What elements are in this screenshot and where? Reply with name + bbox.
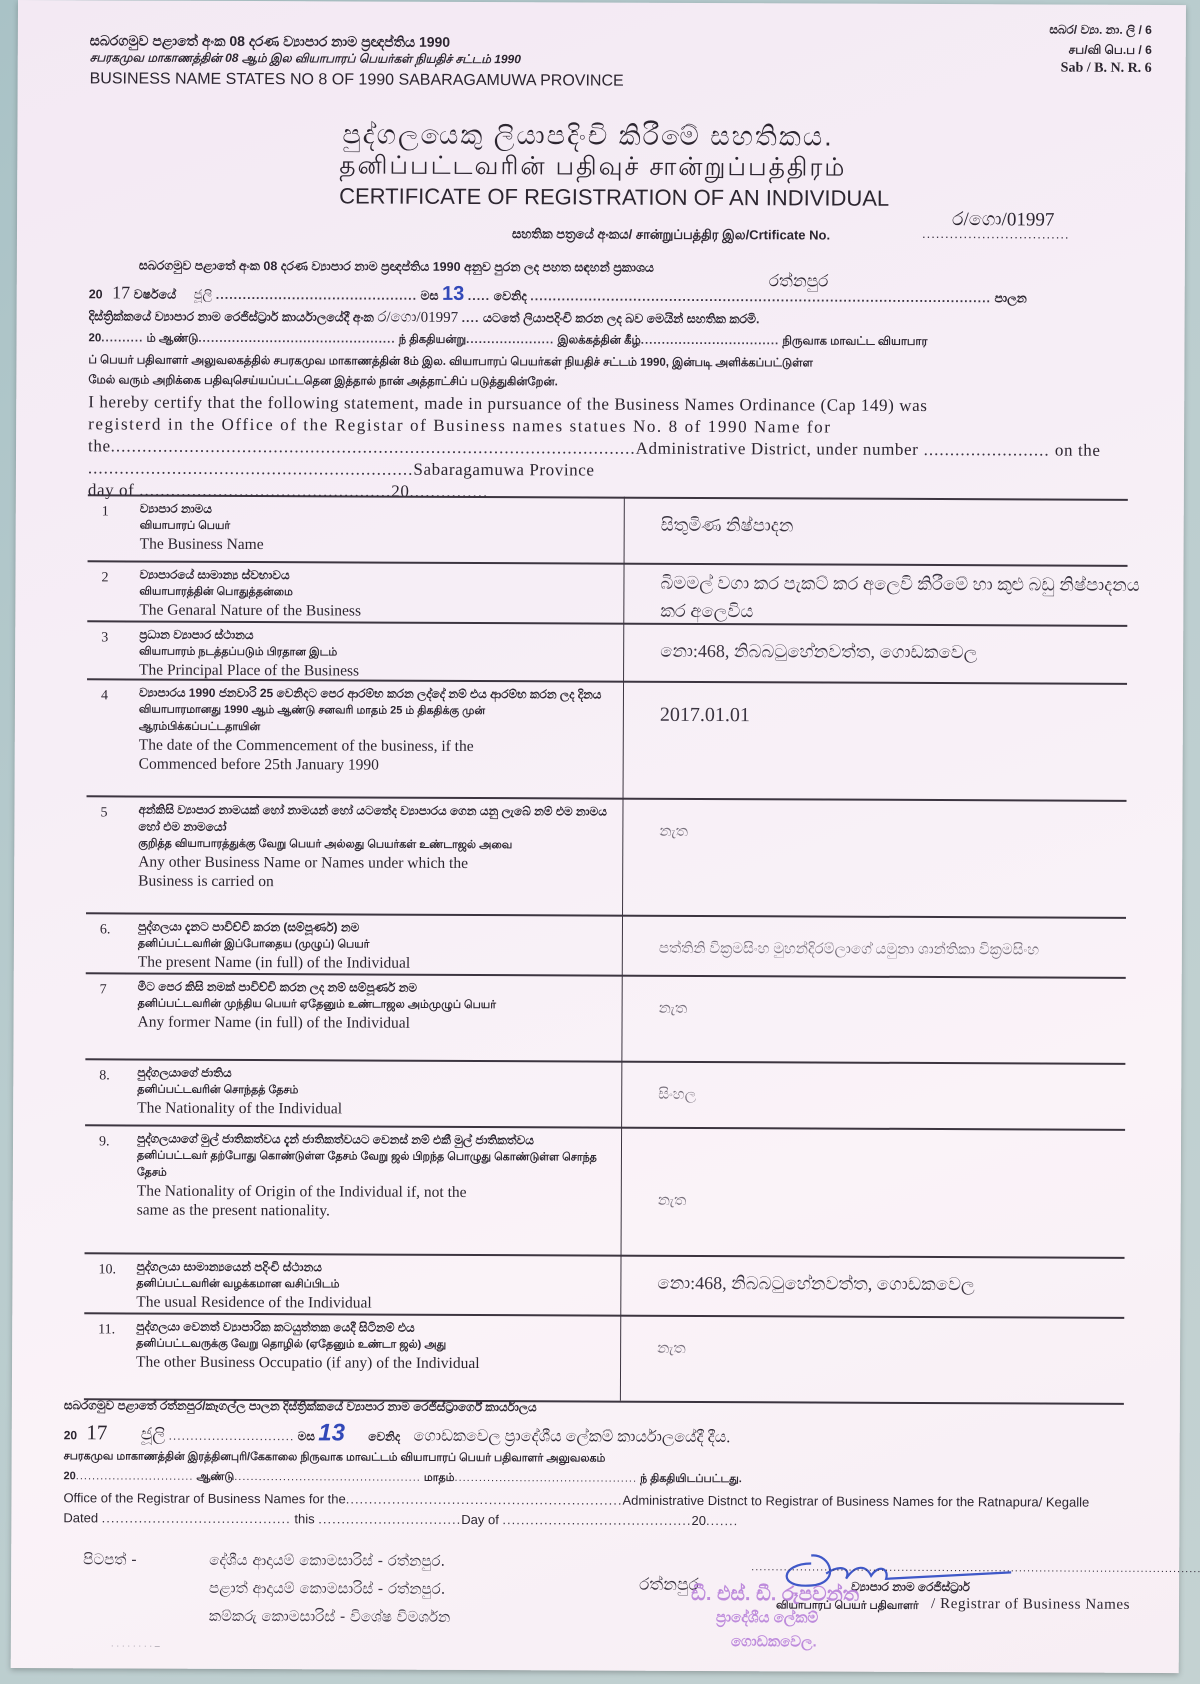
- row-value: නැත: [659, 818, 1139, 848]
- row-label-tamil: வியாபாரத்தின் பொதுத்தன்மை: [139, 584, 609, 603]
- intro-en-day-of: day of: [88, 480, 135, 499]
- intro-ta-line2: ப் பெயர் பதிவாளர் அலுவலகத்தில் சபரகமுவ ம…: [88, 354, 813, 371]
- footer-office-name: ගොඩකවෙල ප්‍රාදේශීය ලේකම් කාර්යාලයේදී දීය…: [413, 1428, 730, 1446]
- copies-item: පළාත් ආදායම් කොමසාරිස් - රත්නපුර.: [209, 1579, 445, 1598]
- intro-si-line1: සබරගමුව පළාතේ අංක 08 දරණ ව්‍යාපාර නාම ප්…: [139, 259, 654, 276]
- footer-year-prefix: 20: [64, 1428, 77, 1442]
- row-value: නො:468, නිබබටුහේනවත්ත, ගොඩකවෙල: [660, 637, 1140, 667]
- copies-label: පිටපත් -: [83, 1550, 137, 1568]
- row-value: නැත: [657, 1335, 1137, 1365]
- footer-dated-label: Dated: [63, 1510, 98, 1525]
- footer-en-district: Administrative Distnct to Registrar of B…: [622, 1493, 1089, 1510]
- row-label-english: The Nationality of the Individual: [137, 1099, 607, 1120]
- registrar-title-sinhala: ව්‍යාපාර නාම රෙජිස්ට්‍රාර්: [851, 1580, 970, 1596]
- row-label-english: The usual Residence of the Individual: [136, 1293, 606, 1314]
- row-label-sinhala: පුද්ගලයා දැනට පාවිච්චි කරන (සම්පූර්ණ) නම: [138, 919, 608, 938]
- row-label-english: The Nationality of Origin of the Individ…: [137, 1182, 607, 1203]
- footer-english-line: Office of the Registrar of Business Name…: [63, 1490, 1089, 1509]
- signature-line: ........................................…: [751, 1561, 1200, 1575]
- row-number: 4: [101, 688, 108, 704]
- intro-en-line2: registerd in the Office of the Registar …: [88, 414, 831, 437]
- row-number: 10.: [98, 1262, 116, 1278]
- row-label-sinhala: ප්‍රධාන ව්‍යාපාර ස්ථානය: [139, 627, 609, 646]
- row-label-sinhala: පුද්ගලයාගේ ජාතිය: [137, 1065, 607, 1084]
- reference-english: Sab / B. N. R. 6: [1061, 61, 1152, 77]
- intro-en-on-the: on the: [1055, 441, 1101, 460]
- row-label-english: same as the present nationality.: [137, 1201, 607, 1222]
- row-label-english: The other Business Occupatio (if any) of…: [136, 1353, 606, 1374]
- header-english: BUSINESS NAME STATES NO 8 OF 1990 SABARA…: [90, 70, 624, 90]
- row-label: අන්කිසි ව්‍යාපාර නාමයක් හෝ නාමයන් හෝ යටත…: [138, 802, 608, 893]
- row-label-tamil: வியாபாரம் நடத்தப்படும் பிரதான இடம்: [139, 644, 609, 663]
- intro-en-year: 20: [391, 482, 409, 501]
- row-label-tamil: தனிப்பட்டவரின் சொந்தத் தேசம்: [137, 1082, 607, 1101]
- footer-tamil-date-line: 20............................. ஆண்டு...…: [64, 1470, 742, 1487]
- row-number: 9.: [99, 1134, 110, 1150]
- footer-day: 13: [318, 1419, 345, 1446]
- day-suffix: වෙනිද: [494, 289, 527, 303]
- certificate-document: සබරගමුව පළාතේ අංක 08 දරණ ව්‍යාපාර නාම ප්…: [11, 0, 1186, 1673]
- footer-ta-dated: ந் திகதியிடப்பட்டது.: [640, 1473, 742, 1485]
- official-stamp-office: ගොඩකවෙල.: [731, 1633, 817, 1650]
- intro-ta-line1: 20.......... ம் ஆண்டு...................…: [88, 332, 927, 350]
- district-suffix: පාලන: [994, 291, 1026, 305]
- row-value: 2017.01.01: [660, 701, 1140, 731]
- row-label: ව්‍යාපාර නාමයவியாபாரப் பெயர்The Business…: [140, 501, 610, 556]
- footer-day-suffix: වෙනිද: [368, 1430, 400, 1444]
- month-value: ජූලි: [194, 287, 213, 302]
- row-label-sinhala: පුද්ගලයාගේ මුල් ජාතිකත්වය දැන් ජාතිකත්වය…: [137, 1131, 607, 1150]
- footer-day-label: මස: [298, 1429, 315, 1443]
- row-number: 1: [102, 504, 109, 520]
- intro-en-line5: day of .................................…: [88, 480, 488, 502]
- row-number: 3: [101, 630, 108, 646]
- row-label-tamil: வியாபாரமானது 1990 ஆம் ஆண்டு சனவரி மாதம் …: [139, 702, 609, 738]
- table-row-divider: [86, 912, 1126, 919]
- row-label: පුද්ගලයා වෙනත් ව්‍යාපාරික කටයුත්තක යෙදී …: [136, 1319, 606, 1374]
- row-number: 8.: [99, 1068, 110, 1084]
- intro-ta-line3: மேல் வரும் அறிக்கை பதிவுசெய்யப்பட்டதென இ…: [88, 374, 558, 390]
- row-label-sinhala: පුද්ගලයා සාමාන්‍යයෙන් පදිංචි ස්ථානය: [136, 1259, 606, 1278]
- row-value: නො:468, නිබබටුහේනවත්ත, ගොඩකවෙල: [657, 1269, 1137, 1299]
- row-label-tamil: வியாபாரப் பெயர்: [140, 518, 610, 537]
- certificate-number-label: සහතික පත්‍රයේ අංකය/ சான்றுப்பத்திர இல/Cr…: [512, 226, 830, 244]
- row-label-english: The present Name (in full) of the Indivi…: [138, 953, 608, 974]
- row-number: 2: [101, 570, 108, 586]
- footer-office-line: සබරගමුව පළාතේ රත්නපුර/කෑගල්ල පාලන දිස්ත්…: [64, 1398, 537, 1415]
- intro-en-line4: ........................................…: [88, 458, 595, 480]
- intro-ta-c: ந் திகதியன்று: [399, 334, 466, 346]
- district-value: රත්නපුර: [769, 271, 829, 291]
- intro-ta-b: ம் ஆண்டு: [146, 333, 198, 345]
- row-number: 6.: [100, 922, 111, 938]
- header-tamil: சபரகமுவ மாகாணத்தின் 08 ஆம் இல வியாபாரப் …: [90, 50, 521, 68]
- official-stamp-title: ප්‍රාදේශීය ලේකම්: [716, 1609, 818, 1626]
- row-label-tamil: தனிப்பட்டவரின் முந்திய பெயர் ஏதேனும் உண்…: [138, 996, 608, 1015]
- intro-en-the: the: [88, 436, 111, 455]
- faint-footer-print: · · · · · · · · ‒: [111, 1640, 160, 1650]
- footer-tamil-line: சபரகமுவ மாகாணத்தின் இரத்தினபுரி/கேகாலை ந…: [64, 1450, 606, 1466]
- footer-ta-month-label: மாதம்: [424, 1472, 455, 1484]
- row-label-tamil: தனிப்பட்டவர் தற்போது கொண்டுள்ள தேசம் வேற…: [137, 1148, 607, 1184]
- intro-en-province: Sabaragamuwa Province: [413, 460, 594, 480]
- row-label: පුද්ගලයාගේ ජාතියதனிப்பட்டவரின் சொந்தத் த…: [137, 1065, 607, 1120]
- footer-day-of-label: Day of: [461, 1512, 499, 1527]
- official-stamp-name: ඩී. එස්. ඩී. රූපවන්ත: [691, 1583, 859, 1607]
- row-label: ව්‍යාපාරය 1990 ජනවාරි 25 වෙනිදට පෙර ආරම්…: [139, 685, 609, 776]
- row-label-english: The Genaral Nature of the Business: [139, 601, 609, 622]
- year-prefix: 20: [89, 287, 103, 301]
- footer-en-office: Office of the Registrar of Business Name…: [63, 1490, 345, 1506]
- intro-en-line3: the.....................................…: [88, 436, 1101, 460]
- row-label-english: The Business Name: [140, 535, 610, 556]
- intro-si-line3-text: දිස්ත්‍රික්කයේ ව්‍යාපාර නාම රෙජිස්ට්‍රාර…: [89, 309, 374, 324]
- row-label-sinhala: අන්කිසි ව්‍යාපාර නාමයක් හෝ නාමයන් හෝ යටත…: [138, 802, 608, 838]
- row-label: පුද්ගලයාගේ මුල් ජාතිකත්වය දැන් ජාතිකත්වය…: [137, 1131, 607, 1222]
- row-label-sinhala: ව්‍යාපාරයේ සාමාන්‍ය ස්වභාවය: [139, 567, 609, 586]
- page-title: CERTIFICATE OF REGISTRATION OF AN INDIVI…: [339, 183, 889, 211]
- row-label: පුද්ගලයා දැනට පාවිච්චි කරන (සම්පූර්ණ) නම…: [138, 919, 608, 974]
- row-label-tamil: தனிப்பட்டவருக்கு வேறு தொழில் (ஏதேனும் உண…: [136, 1336, 606, 1355]
- row-label-sinhala: පුද්ගලයා වෙනත් ව්‍යාපාරික කටයුත්තක යෙදී …: [136, 1319, 606, 1338]
- row-label-english: Commenced before 25th January 1990: [139, 755, 609, 776]
- table-column-divider: [620, 497, 625, 1401]
- title-sinhala: පුද්ගලයෙකු ලියාපදිංචි කිරීමේ සහතිකය.: [342, 119, 833, 153]
- intro-en-district: Administrative District, under number: [636, 439, 919, 459]
- footer-date-line: 20 17 ජූලි .............................…: [64, 1418, 731, 1449]
- intro-si-line2: 20 17 වර්ෂයේ ජූලි ......................…: [89, 281, 1027, 308]
- header-sinhala: සබරගමුව පළාතේ අංක 08 දරණ ව්‍යාපාර නාම ප්…: [90, 32, 450, 51]
- table-row-divider: [87, 795, 1127, 802]
- table-row-divider: [85, 1058, 1125, 1065]
- reference-sinhala: සබර/ ව්‍යා. නා. ලි / 6: [1049, 23, 1152, 38]
- table-row-divider: [85, 1252, 1125, 1259]
- row-label-sinhala: ව්‍යාපාර නාමය: [140, 501, 610, 520]
- table-row-divider: [85, 1124, 1125, 1131]
- intro-ta-a: 20: [88, 332, 101, 344]
- row-value: සිතුමිණ නිෂ්පාදන: [661, 511, 1141, 541]
- row-label-tamil: தனிப்பட்டவரின் இப்போதைய (முழுப்) பெயர்: [138, 936, 608, 955]
- title-tamil: தனிப்பட்டவரின் பதிவுச் சான்றுப்பத்திரம்: [339, 151, 846, 185]
- row-label-sinhala: ව්‍යාපාරය 1990 ජනවාරි 25 වෙනිදට පෙර ආරම්…: [139, 685, 609, 704]
- year-value: 17: [112, 282, 130, 302]
- footer-dated-line: Dated ..................................…: [63, 1510, 738, 1528]
- row-value: බිමමල් වගා කර පැකට් කර අලෙවි කිරීමේ හා ක…: [660, 569, 1140, 627]
- row-label-tamil: குறித்த வியாபாரத்துக்கு வேறு பெயர் அல்லத…: [138, 836, 608, 855]
- intro-en-line1: I hereby certify that the following stat…: [88, 392, 927, 416]
- intro-si-line3: දිස්ත්‍රික්කයේ ව්‍යාපාර නාම රෙජිස්ට්‍රාර…: [89, 307, 760, 328]
- footer-month: ජූලි: [141, 1425, 166, 1444]
- certificate-number-dots: ................................: [922, 226, 1070, 242]
- registrar-title-english: / Registrar of Business Names: [931, 1596, 1130, 1614]
- registration-details-table: 1ව්‍යාපාර නාමයவியாபாரப் பெயர்The Busines…: [18, 0, 1186, 5]
- footer-year: 17: [86, 1420, 107, 1444]
- footer-year-label: 20: [692, 1513, 707, 1528]
- row-number: 11.: [98, 1322, 115, 1338]
- row-label-english: Any former Name (in full) of the Individ…: [138, 1013, 608, 1034]
- reference-tamil: சப/வி பெ.ப / 6: [1069, 43, 1152, 59]
- row-value: නැත: [659, 995, 1139, 1025]
- footer-ta-year: 20: [64, 1470, 76, 1482]
- row-label: ප්‍රධාන ව්‍යාපාර ස්ථානයவியாபாரம் நடத்தப்…: [139, 627, 609, 682]
- row-label-english: The date of the Commencement of the busi…: [139, 736, 609, 757]
- row-value: සිංහල: [658, 1081, 1138, 1111]
- footer-ta-year-label: ஆண்டு: [196, 1471, 234, 1483]
- intro-ta-e: நிருவாக மாவட்ட வியாபார: [782, 335, 927, 348]
- intro-ta-d: இலக்கத்தின் கீழ்: [557, 334, 640, 346]
- row-number: 5: [100, 805, 107, 821]
- day-label: මස: [421, 289, 439, 303]
- row-number: 7: [100, 982, 107, 998]
- row-label: ව්‍යාපාරයේ සාමාන්‍ය ස්වභාවයவியாபாரத்தின்…: [139, 567, 609, 622]
- intro-si-line3-end: යටතේ ලියාපදිංචි කරන ලද බව මෙයින් සහතික ක…: [483, 311, 760, 326]
- signature-place: රත්නපුර: [639, 1575, 699, 1595]
- day-value: 13: [442, 283, 464, 305]
- row-label-tamil: தனிப்பட்டவரின் வழக்கமான வசிப்பிடம்: [136, 1276, 606, 1295]
- row-value: පත්තිනි වික්‍රමසිංහ මුහන්දිරම්ලාගේ යමුනා…: [659, 935, 1139, 965]
- footer-this-label: this: [294, 1511, 314, 1526]
- row-label-sinhala: මීට පෙර කිසි නමක් පාවිච්චි කරන ලද නම් සම…: [138, 979, 608, 998]
- year-label: වර්ෂයේ: [134, 288, 177, 302]
- row-label: මීට පෙර කිසි නමක් පාවිච්චි කරන ලද නම් සම…: [138, 979, 608, 1034]
- row-value: නැත: [658, 1187, 1138, 1217]
- registration-number: ර/ගො/01997: [377, 310, 458, 326]
- copies-item: දේශීය ආදායම් කොමසාරිස් - රත්නපුර.: [209, 1551, 445, 1570]
- table-row-divider: [88, 560, 1128, 567]
- row-label: පුද්ගලයා සාමාන්‍යයෙන් පදිංචි ස්ථානයதனிப்…: [136, 1259, 606, 1314]
- copies-item: කම්කරු කොමසාරිස් - විශේෂ විමර්ශන: [209, 1607, 450, 1626]
- row-label-english: Business is carried on: [138, 872, 608, 893]
- row-label-english: Any other Business Name or Names under w…: [138, 853, 608, 874]
